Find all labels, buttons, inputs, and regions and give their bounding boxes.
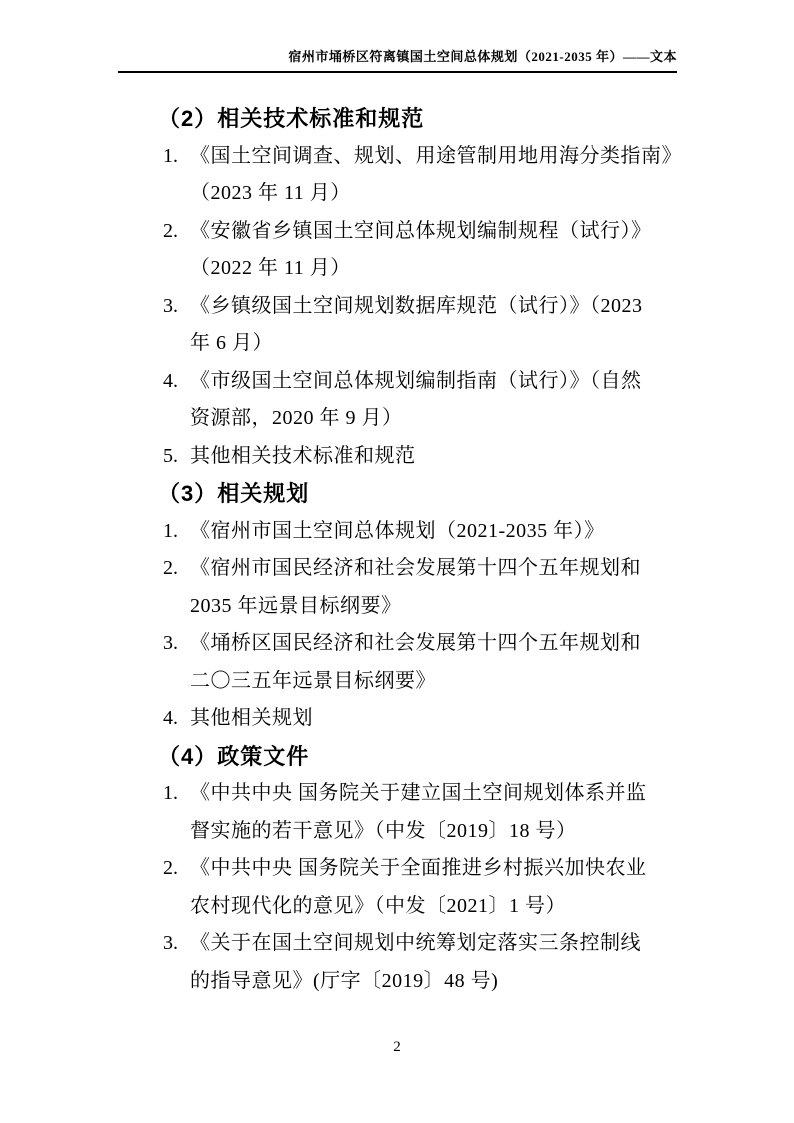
- item-number: 2.: [163, 213, 178, 251]
- item-text: 《宿州市国民经济和社会发展第十四个五年规划和 2035 年远景目标纲要》: [190, 550, 678, 625]
- item-number: 3.: [163, 925, 178, 963]
- item-text: 《国土空间调查、规划、用途管制用地用海分类指南》 （2023 年 11 月）: [190, 138, 678, 213]
- list-item: 5. 其他相关技术标准和规范: [118, 438, 678, 476]
- list-item: 3. 《埇桥区国民经济和社会发展第十四个五年规划和 二〇三五年远景目标纲要》: [118, 625, 678, 700]
- item-number: 2.: [163, 550, 178, 588]
- list-item: 4. 其他相关规划: [118, 700, 678, 738]
- page-header: 宿州市埇桥区符离镇国土空间总体规划（2021-2035 年）——文本: [288, 46, 677, 65]
- section-heading: （3）相关规划: [118, 475, 678, 513]
- item-text: 《埇桥区国民经济和社会发展第十四个五年规划和 二〇三五年远景目标纲要》: [190, 625, 678, 700]
- section-heading: （4）政策文件: [118, 738, 678, 776]
- item-text: 其他相关规划: [190, 700, 678, 738]
- list-item: 1. 《宿州市国土空间总体规划（2021-2035 年）》: [118, 513, 678, 551]
- page-number: 2: [0, 1039, 794, 1056]
- item-number: 4.: [163, 363, 178, 401]
- item-text: 《乡镇级国土空间规划数据库规范（试行）》（2023 年 6 月）: [190, 288, 678, 363]
- list-item: 3. 《乡镇级国土空间规划数据库规范（试行）》（2023 年 6 月）: [118, 288, 678, 363]
- item-number: 3.: [163, 288, 178, 326]
- list-item: 1. 《中共中央 国务院关于建立国土空间规划体系并监 督实施的若干意见》（中发〔…: [118, 775, 678, 850]
- item-text: 其他相关技术标准和规范: [190, 438, 678, 476]
- item-number: 2.: [163, 850, 178, 888]
- list-item: 1. 《国土空间调查、规划、用途管制用地用海分类指南》 （2023 年 11 月…: [118, 138, 678, 213]
- list-item: 3. 《关于在国土空间规划中统筹划定落实三条控制线 的指导意见》(厅字〔2019…: [118, 925, 678, 1000]
- list-item: 2. 《宿州市国民经济和社会发展第十四个五年规划和 2035 年远景目标纲要》: [118, 550, 678, 625]
- item-number: 4.: [163, 700, 178, 738]
- list-item: 4. 《市级国土空间总体规划编制指南（试行）》（自然 资源部，2020 年 9 …: [118, 363, 678, 438]
- list-item: 2. 《安徽省乡镇国土空间总体规划编制规程（试行）》 （2022 年 11 月）: [118, 213, 678, 288]
- item-number: 1.: [163, 775, 178, 813]
- section-technical-standards: （2）相关技术标准和规范 1. 《国土空间调查、规划、用途管制用地用海分类指南》…: [118, 100, 678, 475]
- item-text: 《市级国土空间总体规划编制指南（试行）》（自然 资源部，2020 年 9 月）: [190, 363, 678, 438]
- item-number: 3.: [163, 625, 178, 663]
- item-number: 5.: [163, 438, 178, 476]
- item-text: 《中共中央 国务院关于全面推进乡村振兴加快农业 农村现代化的意见》（中发〔202…: [190, 850, 678, 925]
- item-text: 《宿州市国土空间总体规划（2021-2035 年）》: [190, 513, 678, 551]
- header-rule: [118, 71, 677, 73]
- section-related-plans: （3）相关规划 1. 《宿州市国土空间总体规划（2021-2035 年）》 2.…: [118, 475, 678, 738]
- item-text: 《安徽省乡镇国土空间总体规划编制规程（试行）》 （2022 年 11 月）: [190, 213, 678, 288]
- list-item: 2. 《中共中央 国务院关于全面推进乡村振兴加快农业 农村现代化的意见》（中发〔…: [118, 850, 678, 925]
- page-content: （2）相关技术标准和规范 1. 《国土空间调查、规划、用途管制用地用海分类指南》…: [118, 100, 678, 1000]
- item-text: 《中共中央 国务院关于建立国土空间规划体系并监 督实施的若干意见》（中发〔201…: [190, 775, 678, 850]
- section-heading: （2）相关技术标准和规范: [118, 100, 678, 138]
- section-policy-documents: （4）政策文件 1. 《中共中央 国务院关于建立国土空间规划体系并监 督实施的若…: [118, 738, 678, 1001]
- item-number: 1.: [163, 513, 178, 551]
- item-text: 《关于在国土空间规划中统筹划定落实三条控制线 的指导意见》(厅字〔2019〕48…: [190, 925, 678, 1000]
- item-number: 1.: [163, 138, 178, 176]
